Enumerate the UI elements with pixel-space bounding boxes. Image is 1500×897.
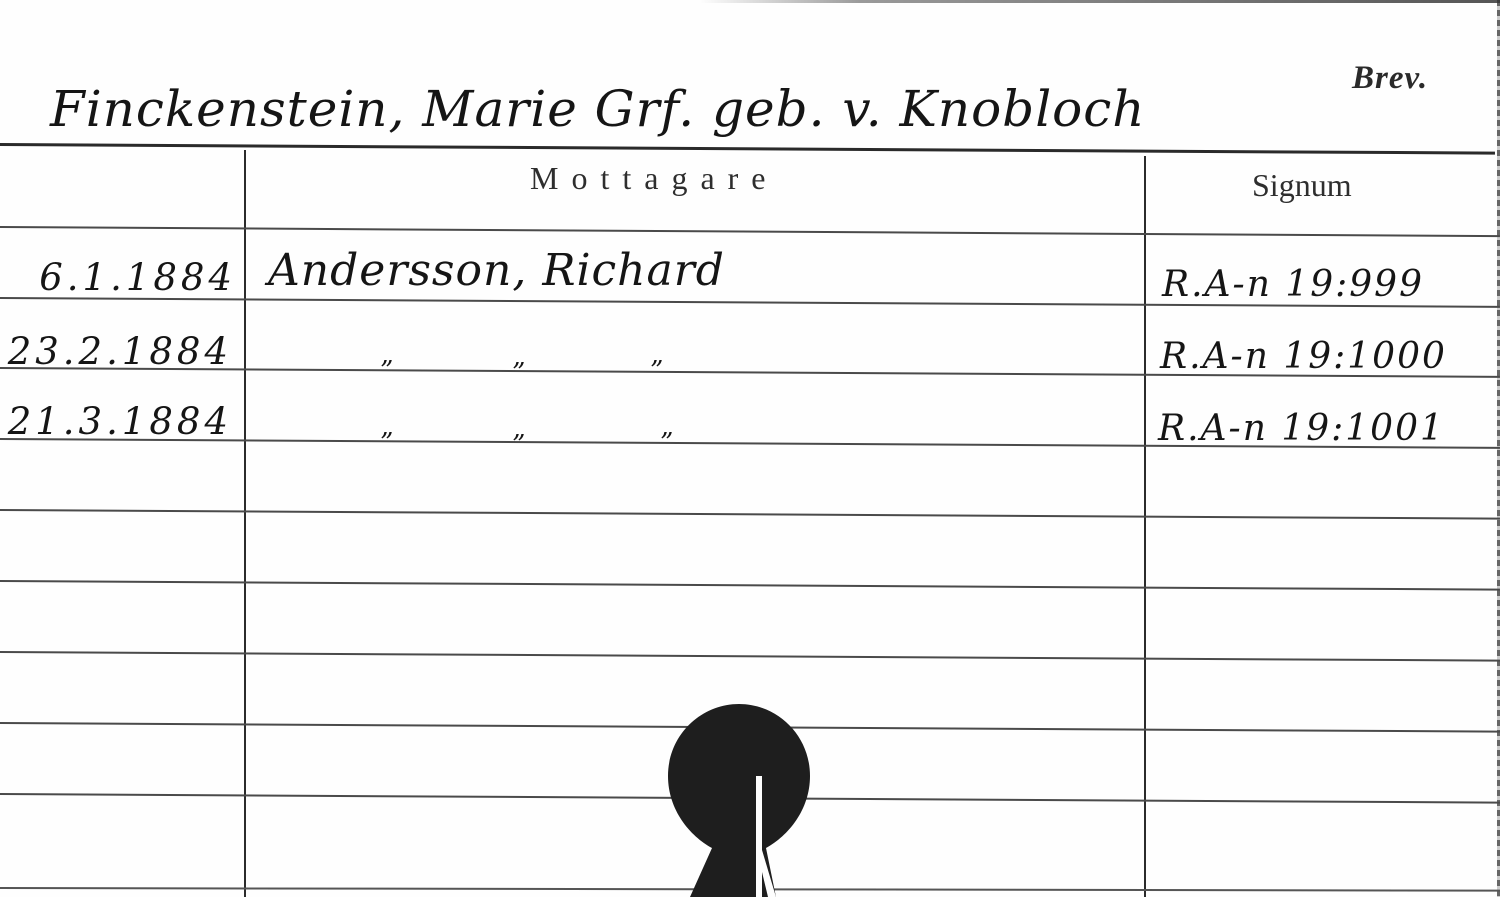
column-header-recipient: Mottagare — [530, 160, 779, 197]
entry-date: 6.1.1884 — [6, 256, 236, 299]
index-card: Brev. Finckenstein, Marie Grf. geb. v. K… — [0, 0, 1500, 897]
ditto-mark: ” — [650, 356, 663, 386]
ditto-mark: ” — [380, 356, 393, 386]
entry-recipient: Andersson, Richard — [268, 245, 725, 296]
column-divider-date — [244, 150, 246, 897]
column-divider-signum — [1144, 156, 1146, 897]
ditto-mark: ” — [512, 358, 525, 388]
ditto-mark: ” — [380, 428, 393, 458]
scan-edge-top — [700, 0, 1500, 3]
row-rule — [0, 580, 1500, 590]
row-rule — [0, 226, 1500, 237]
heading-rule — [0, 143, 1495, 155]
correspondent-name: Finckenstein, Marie Grf. geb. v. Knobloc… — [50, 80, 1146, 138]
row-rule — [0, 651, 1500, 661]
card-type-label: Brev. — [1352, 60, 1428, 97]
entry-signum: R.A-n 19:999 — [1162, 264, 1424, 305]
row-rule — [0, 509, 1500, 519]
entry-date: 23.2.1884 — [2, 330, 232, 373]
column-header-signum: Signum — [1252, 167, 1352, 204]
ditto-mark: ” — [660, 428, 673, 458]
entry-date: 21.3.1884 — [2, 400, 232, 443]
ditto-mark: ” — [512, 430, 525, 460]
entry-signum: R.A-n 19:1000 — [1160, 336, 1447, 377]
entry-signum: R.A-n 19:1001 — [1158, 408, 1445, 449]
keyhole-punch-icon — [664, 700, 814, 897]
